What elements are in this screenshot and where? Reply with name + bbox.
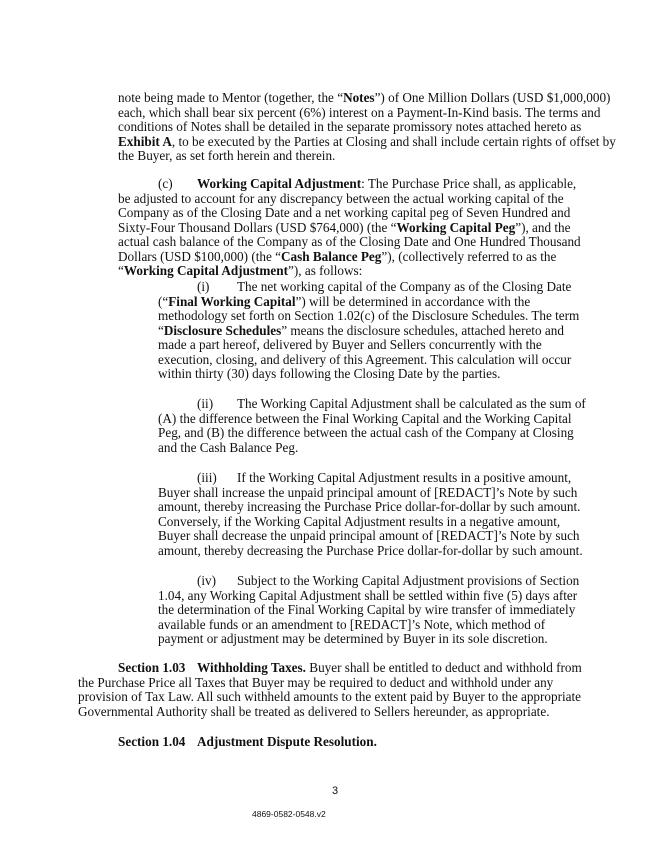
- clause-label-iv: (iv): [197, 574, 216, 589]
- exhibit-a-reference: Exhibit A: [118, 134, 172, 149]
- document-id: 4869-0582-0548.v2: [252, 809, 326, 819]
- section-number: Section 1.03: [118, 661, 185, 676]
- defined-term-working-capital-peg: Working Capital Peg: [397, 220, 516, 235]
- defined-term-final-working-capital: Final Working Capital: [168, 294, 295, 309]
- clause-label-c: (c): [158, 177, 173, 192]
- defined-term-cash-balance-peg: Cash Balance Peg: [281, 249, 381, 264]
- defined-term-notes: Notes: [343, 90, 375, 105]
- page-number: 3: [0, 785, 670, 797]
- clause-label-ii: (ii): [197, 397, 213, 412]
- defined-term-working-capital-adjustment: Working Capital Adjustment: [124, 263, 288, 278]
- section-title: Withholding Taxes.: [197, 660, 306, 675]
- clause-label-i: (i): [197, 280, 209, 295]
- defined-term-disclosure-schedules: Disclosure Schedules: [164, 323, 281, 338]
- section-title: Adjustment Dispute Resolution.: [197, 735, 377, 750]
- clause-label-iii: (iii): [197, 471, 217, 486]
- document-page: note being made to Mentor (together, the…: [0, 0, 670, 867]
- section-number: Section 1.04: [118, 735, 185, 750]
- clause-title: Working Capital Adjustment: [197, 176, 361, 191]
